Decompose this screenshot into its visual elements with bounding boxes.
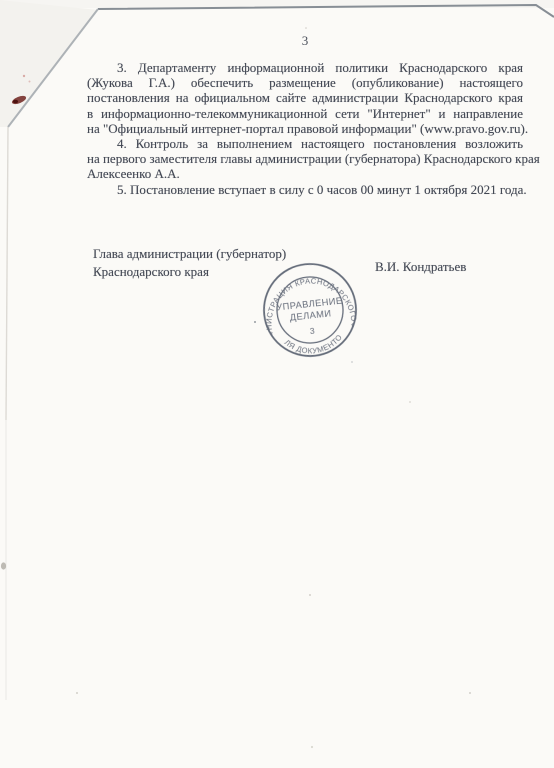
dust-speck	[309, 594, 311, 596]
dust-speck	[76, 692, 78, 694]
scanned-document-page: 3 3. Департаменту информационной политик…	[0, 0, 554, 768]
scanner-background-top	[0, 0, 554, 8]
dust-speck	[305, 27, 307, 29]
dust-speck	[409, 401, 411, 403]
body-text-line: на "Официальный интернет-портал правовой…	[87, 121, 523, 136]
body-text-line: 4. Контроль за выполнением настоящего по…	[87, 136, 523, 151]
body-text-line: на первого заместителя главы администрац…	[87, 151, 523, 166]
dust-speck	[469, 692, 471, 694]
body-text-line: 5. Постановление вступает в силу с 0 час…	[87, 182, 523, 197]
official-stamp: АДМИНИСТРАЦИЯ КРАСНОДАРСКОГО КРАЯ ДЛЯ ДО…	[245, 245, 375, 375]
edge-smudge	[1, 562, 6, 569]
body-text-line: постановления на официальном сайте админ…	[87, 90, 523, 105]
stamp-center-number: 3	[309, 326, 315, 336]
page-number: 3	[87, 33, 523, 49]
body-text-line: в информационно-телекоммуникационной сет…	[87, 106, 523, 121]
body-text-line: 3. Департаменту информационной политики …	[87, 60, 523, 75]
page-left-edge	[6, 127, 8, 420]
signature-name: В.И. Кондратьев	[375, 259, 466, 275]
stamp-star-icon: *	[269, 330, 274, 340]
dust-speck	[311, 746, 313, 748]
body-text-line: Алексеенко А.А.	[87, 166, 523, 181]
document-body: 3. Департаменту информационной политики …	[87, 60, 523, 197]
body-text-line: (Жукова Г.А.) обеспечить размещение (опу…	[87, 75, 523, 90]
